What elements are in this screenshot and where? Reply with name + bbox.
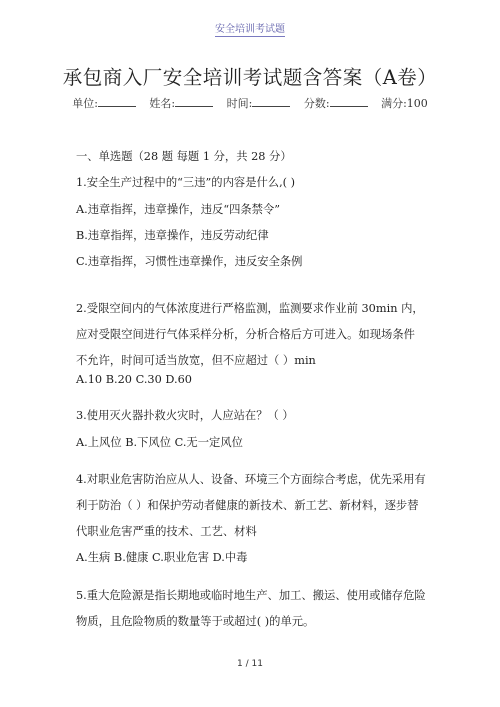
score-label: 分数:	[304, 97, 330, 110]
full-score: 满分:100	[381, 97, 428, 110]
question-2-line-2: 应对受限空间进行气体采样分析，分析合格后方可进入。如现场条件	[76, 326, 415, 342]
question-4-line-1: 4.对职业危害防治应从人、设备、环境三个方面综合考虑，优先采用有	[76, 471, 426, 487]
question-2-line-1: 2.受限空间内的气体浓度进行严格监测，监测要求作业前 30min 内，	[76, 300, 424, 316]
question-5-line-1: 5.重大危险源是指长期地或临时地生产、加工、搬运、使用或储存危险	[76, 587, 426, 603]
unit-field: 单位:	[72, 97, 136, 110]
time-blank	[252, 97, 290, 107]
question-1-text: 1.安全生产过程中的“三违”的内容是什么,( )	[76, 174, 295, 190]
running-header: 安全培训考试题	[0, 20, 500, 35]
name-label: 姓名:	[149, 97, 175, 110]
name-field: 姓名:	[149, 97, 213, 110]
question-1-option-b: B.违章指挥，违章操作，违反劳动纪律	[76, 227, 269, 243]
score-blank	[330, 97, 368, 107]
unit-label: 单位:	[72, 97, 98, 110]
question-3-options: A.上风位 B.下风位 C.无一定风位	[76, 434, 243, 450]
name-blank	[175, 97, 213, 107]
question-4-line-3: 代职业危害严重的技术、工艺、材料	[76, 523, 257, 539]
question-1-option-c: C.违章指挥，习惯性违章操作，违反安全条例	[76, 253, 302, 269]
question-2-options: A.10 B.20 C.30 D.60	[76, 373, 192, 386]
question-1-option-a: A.违章指挥，违章操作，违反“四条禁令”	[76, 201, 280, 217]
question-3-text: 3.使用灭火器扑救火灾时，人应站在？（ ）	[76, 407, 294, 423]
score-field: 分数:	[304, 97, 368, 110]
question-2-line-3: 不允许，时间可适当放宽，但不应超过（ ）min	[76, 352, 316, 368]
question-4-options: A.生病 B.健康 C.职业危害 D.中毒	[76, 549, 247, 565]
page-number: 1 / 11	[0, 659, 500, 669]
question-4-line-2: 利于防治（ ）和保护劳动者健康的新技术、新工艺、新材料，逐步替	[76, 497, 419, 513]
question-5-line-2: 物质，且危险物质的数量等于或超过( )的单元。	[76, 613, 314, 629]
document-title: 承包商入厂安全培训考试题含答案（A卷）	[0, 62, 500, 90]
header-text: 安全培训考试题	[215, 24, 285, 37]
time-label: 时间:	[227, 97, 253, 110]
unit-blank	[98, 97, 136, 107]
section-heading: 一、单选题（28 题 每题 1 分，共 28 分）	[76, 148, 292, 164]
exam-info-line: 单位: 姓名: 时间: 分数: 满分:100	[0, 95, 500, 111]
time-field: 时间:	[227, 97, 291, 110]
